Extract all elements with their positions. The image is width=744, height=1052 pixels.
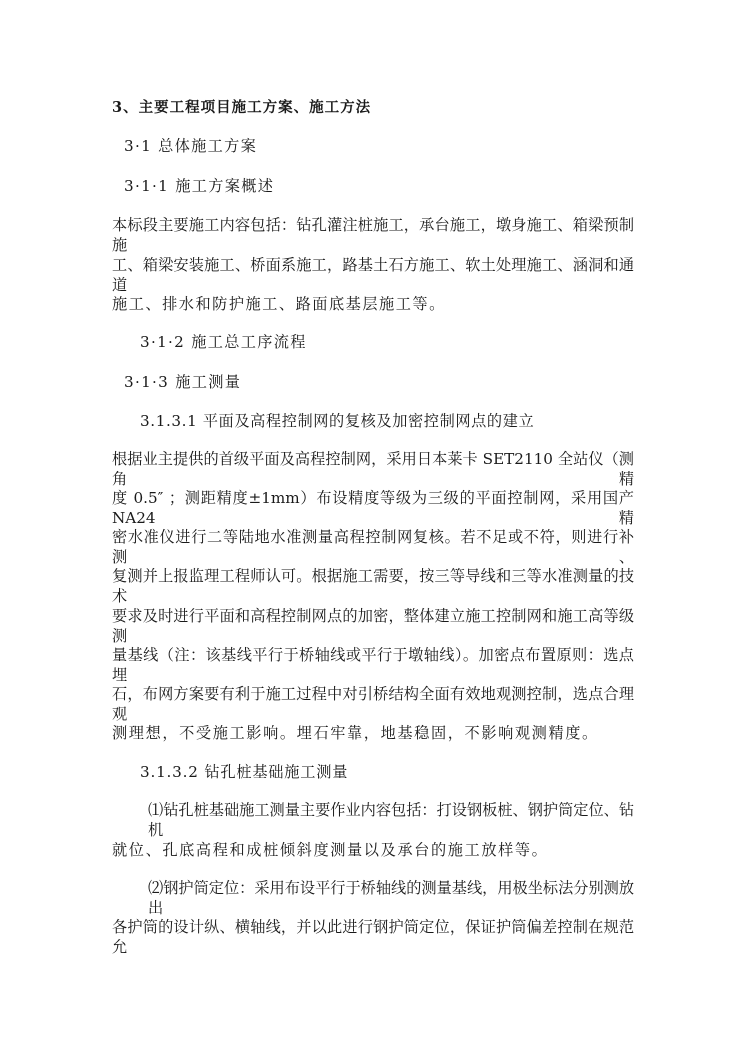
control-line: 要求及时进行平面和高程控制网点的加密，整体建立施工控制网和施工高等级测	[112, 606, 634, 646]
control-line: 密水准仪进行二等陆地水准测量高程控制网复核。若不足或不符，则进行补测、	[112, 527, 634, 567]
document-page: 3、主要工程项目施工方案、施工方法 3·1 总体施工方案 3·1·1 施工方案概…	[0, 0, 744, 1052]
control-line: 量基线（注：该基线平行于桥轴线或平行于墩轴线）。加密点布置原则：选点埋	[112, 645, 634, 685]
control-line: 度 0.5″ ；测距精度±1mm）布设精度等级为三级的平面控制网，采用国产 NA…	[112, 488, 634, 528]
control-line: 复测并上报监理工程师认可。根据施工需要，按三等导线和三等水准测量的技术	[112, 566, 634, 606]
section-heading-3-1-1: 3·1·1 施工方案概述	[124, 176, 646, 196]
chapter-heading: 3、主要工程项目施工方案、施工方法	[112, 98, 634, 118]
item-1-line: ⑴钻孔桩基础施工测量主要作业内容包括：打设钢板桩、钢护筒定位、钻机	[148, 800, 634, 840]
section-heading-3-1-3: 3·1·3 施工测量	[124, 372, 646, 392]
control-line: 石，布网方案要有利于施工过程中对引桥结构全面有效地观测控制，选点合理观	[112, 684, 634, 724]
section-heading-3-1: 3·1 总体施工方案	[124, 136, 646, 156]
overview-line: 工、箱梁安装施工、桥面系施工，路基土石方施工、软土处理施工、涵洞和通道	[112, 255, 634, 295]
section-heading-3-1-2: 3·1·2 施工总工序流程	[140, 332, 662, 352]
overview-line: 施工、排水和防护施工、路面底基层施工等。	[112, 294, 634, 314]
item-2-line: ⑵钢护筒定位：采用布设平行于桥轴线的测量基线，用极坐标法分别测放出	[148, 878, 634, 918]
item-1-line: 就位、孔底高程和成桩倾斜度测量以及承台的施工放样等。	[112, 840, 634, 860]
section-heading-3-1-3-2: 3.1.3.2 钻孔桩基础施工测量	[140, 762, 662, 782]
item-2-line: 各护筒的设计纵、横轴线，并以此进行钢护筒定位，保证护筒偏差控制在规范允	[112, 917, 634, 957]
section-heading-3-1-3-1: 3.1.3.1 平面及高程控制网的复核及加密控制网点的建立	[140, 411, 662, 431]
control-line: 测理想，不受施工影响。埋石牢靠，地基稳固，不影响观测精度。	[112, 723, 634, 743]
overview-line: 本标段主要施工内容包括：钻孔灌注桩施工，承台施工，墩身施工、箱梁预制施	[112, 215, 634, 255]
control-line: 根据业主提供的首级平面及高程控制网，采用日本莱卡 SET2110 全站仪（测角精	[112, 449, 634, 489]
